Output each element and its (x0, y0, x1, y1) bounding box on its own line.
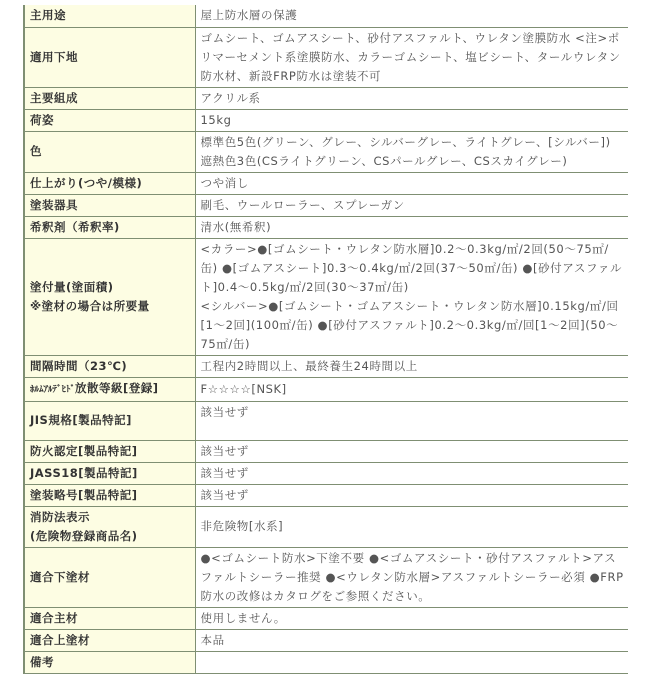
spec-value: 非危険物[水系] (195, 506, 628, 547)
spec-row-fire-law: 消防法表示 (危険物登録商品名) 非危険物[水系] (24, 506, 628, 547)
spec-label-prefix: ﾎﾙﾑｱﾙﾃﾞﾋﾄﾞ (30, 385, 75, 395)
spec-row-topcoat: 適合上塗材 本品 (24, 629, 628, 650)
spec-label: 適合主材 (24, 607, 195, 629)
spec-row-composition: 主要組成 アクリル系 (24, 87, 628, 109)
spec-row-jis: JIS規格[製品特記] 該当せず (24, 401, 628, 440)
spec-label: 防火認定[製品特記] (24, 440, 195, 462)
spec-label: 希釈剤（希釈率) (24, 216, 195, 238)
spec-row-main-material: 適合主材 使用しません。 (24, 607, 628, 629)
spec-label: 荷姿 (24, 109, 195, 131)
spec-row-thinner: 希釈剤（希釈率) 清水(無希釈) (24, 216, 628, 238)
spec-label-line2: ※塗材の場合は所要量 (30, 297, 191, 316)
spec-label: 塗装器具 (24, 194, 195, 216)
spec-label-suffix: 放散等級[登録] (75, 381, 159, 395)
spec-label: 仕上がり(つや/模様) (24, 172, 195, 194)
spec-label: JIS規格[製品特記] (24, 401, 195, 440)
spec-value: 該当せず (195, 401, 628, 440)
spec-label-line1: 塗付量(塗面積) (30, 278, 191, 297)
spec-label: ﾎﾙﾑｱﾙﾃﾞﾋﾄﾞ放散等級[登録] (24, 377, 195, 401)
spec-row-main-use: 主用途 屋上防水層の保護 (24, 5, 628, 27)
spec-row-finish: 仕上がり(つや/模様) つや消し (24, 172, 628, 194)
spec-row-tools: 塗装器具 刷毛、ウールローラー、スプレーガン (24, 194, 628, 216)
spec-label: 消防法表示 (危険物登録商品名) (24, 506, 195, 547)
spec-value: 本品 (195, 629, 628, 650)
spec-value: 該当せず (195, 462, 628, 484)
spec-label: 適用下地 (24, 27, 195, 87)
spec-label: 色 (24, 131, 195, 172)
spec-row-primer: 適合下塗材 ●<ゴムシート防水>下塗不要 ●<ゴムアスシート・砂付アスファルト>… (24, 547, 628, 607)
spec-label: 塗装略号[製品特記] (24, 484, 195, 506)
spec-label: 適合下塗材 (24, 547, 195, 607)
spec-label-line2: (危険物登録商品名) (30, 527, 191, 546)
spec-value: 使用しません。 (195, 607, 628, 629)
spec-value: 標準色5色(グリーン、グレー、シルバーグレー、ライトグレー、[シルバー]) 遮熱… (195, 131, 628, 172)
spec-row-package: 荷姿 15kg (24, 109, 628, 131)
spec-label: 主要組成 (24, 87, 195, 109)
spec-value: アクリル系 (195, 87, 628, 109)
spec-row-interval: 間隔時間（23℃) 工程内2時間以上、最終養生24時間以上 (24, 355, 628, 377)
spec-row-substrate: 適用下地 ゴムシート、ゴムアスシート、砂付アスファルト、ウレタン塗膜防水 <注>… (24, 27, 628, 87)
spec-label: 適合上塗材 (24, 629, 195, 650)
spec-value: 屋上防水層の保護 (195, 5, 628, 27)
spec-label: JASS18[製品特記] (24, 462, 195, 484)
spec-label: 塗付量(塗面積) ※塗材の場合は所要量 (24, 238, 195, 355)
spec-value: つや消し (195, 172, 628, 194)
product-spec-table: 主用途 屋上防水層の保護 適用下地 ゴムシート、ゴムアスシート、砂付アスファルト… (23, 5, 628, 650)
spec-label-line1: 消防法表示 (30, 508, 191, 527)
spec-value: 該当せず (195, 484, 628, 506)
spec-label: 主用途 (24, 5, 195, 27)
spec-value: 刷毛、ウールローラー、スプレーガン (195, 194, 628, 216)
spec-row-color: 色 標準色5色(グリーン、グレー、シルバーグレー、ライトグレー、[シルバー]) … (24, 131, 628, 172)
spec-label: 間隔時間（23℃) (24, 355, 195, 377)
spec-value: 15kg (195, 109, 628, 131)
spec-row-paint-code: 塗装略号[製品特記] 該当せず (24, 484, 628, 506)
spec-value: 該当せず (195, 440, 628, 462)
spec-value: 工程内2時間以上、最終養生24時間以上 (195, 355, 628, 377)
coverage-silver: <シルバー>●[ゴムシート・ゴムアスシート・ウレタン防水層]0.15kg/㎡/回… (201, 297, 625, 354)
spec-value: ●<ゴムシート防水>下塗不要 ●<ゴムアスシート・砂付アスファルト>アスファルト… (195, 547, 628, 607)
spec-row-fireproof: 防火認定[製品特記] 該当せず (24, 440, 628, 462)
spec-row-formaldehyde: ﾎﾙﾑｱﾙﾃﾞﾋﾄﾞ放散等級[登録] F☆☆☆☆[NSK] (24, 377, 628, 401)
spec-value: <カラー>●[ゴムシート・ウレタン防水層]0.2～0.3kg/㎡/2回(50～7… (195, 238, 628, 355)
spec-row-coverage: 塗付量(塗面積) ※塗材の場合は所要量 <カラー>●[ゴムシート・ウレタン防水層… (24, 238, 628, 355)
spec-value: 清水(無希釈) (195, 216, 628, 238)
spec-value: ゴムシート、ゴムアスシート、砂付アスファルト、ウレタン塗膜防水 <注>ポリマーセ… (195, 27, 628, 87)
spec-value: F☆☆☆☆[NSK] (195, 377, 628, 401)
spec-row-jass18: JASS18[製品特記] 該当せず (24, 462, 628, 484)
coverage-color: <カラー>●[ゴムシート・ウレタン防水層]0.2～0.3kg/㎡/2回(50～7… (201, 240, 625, 297)
